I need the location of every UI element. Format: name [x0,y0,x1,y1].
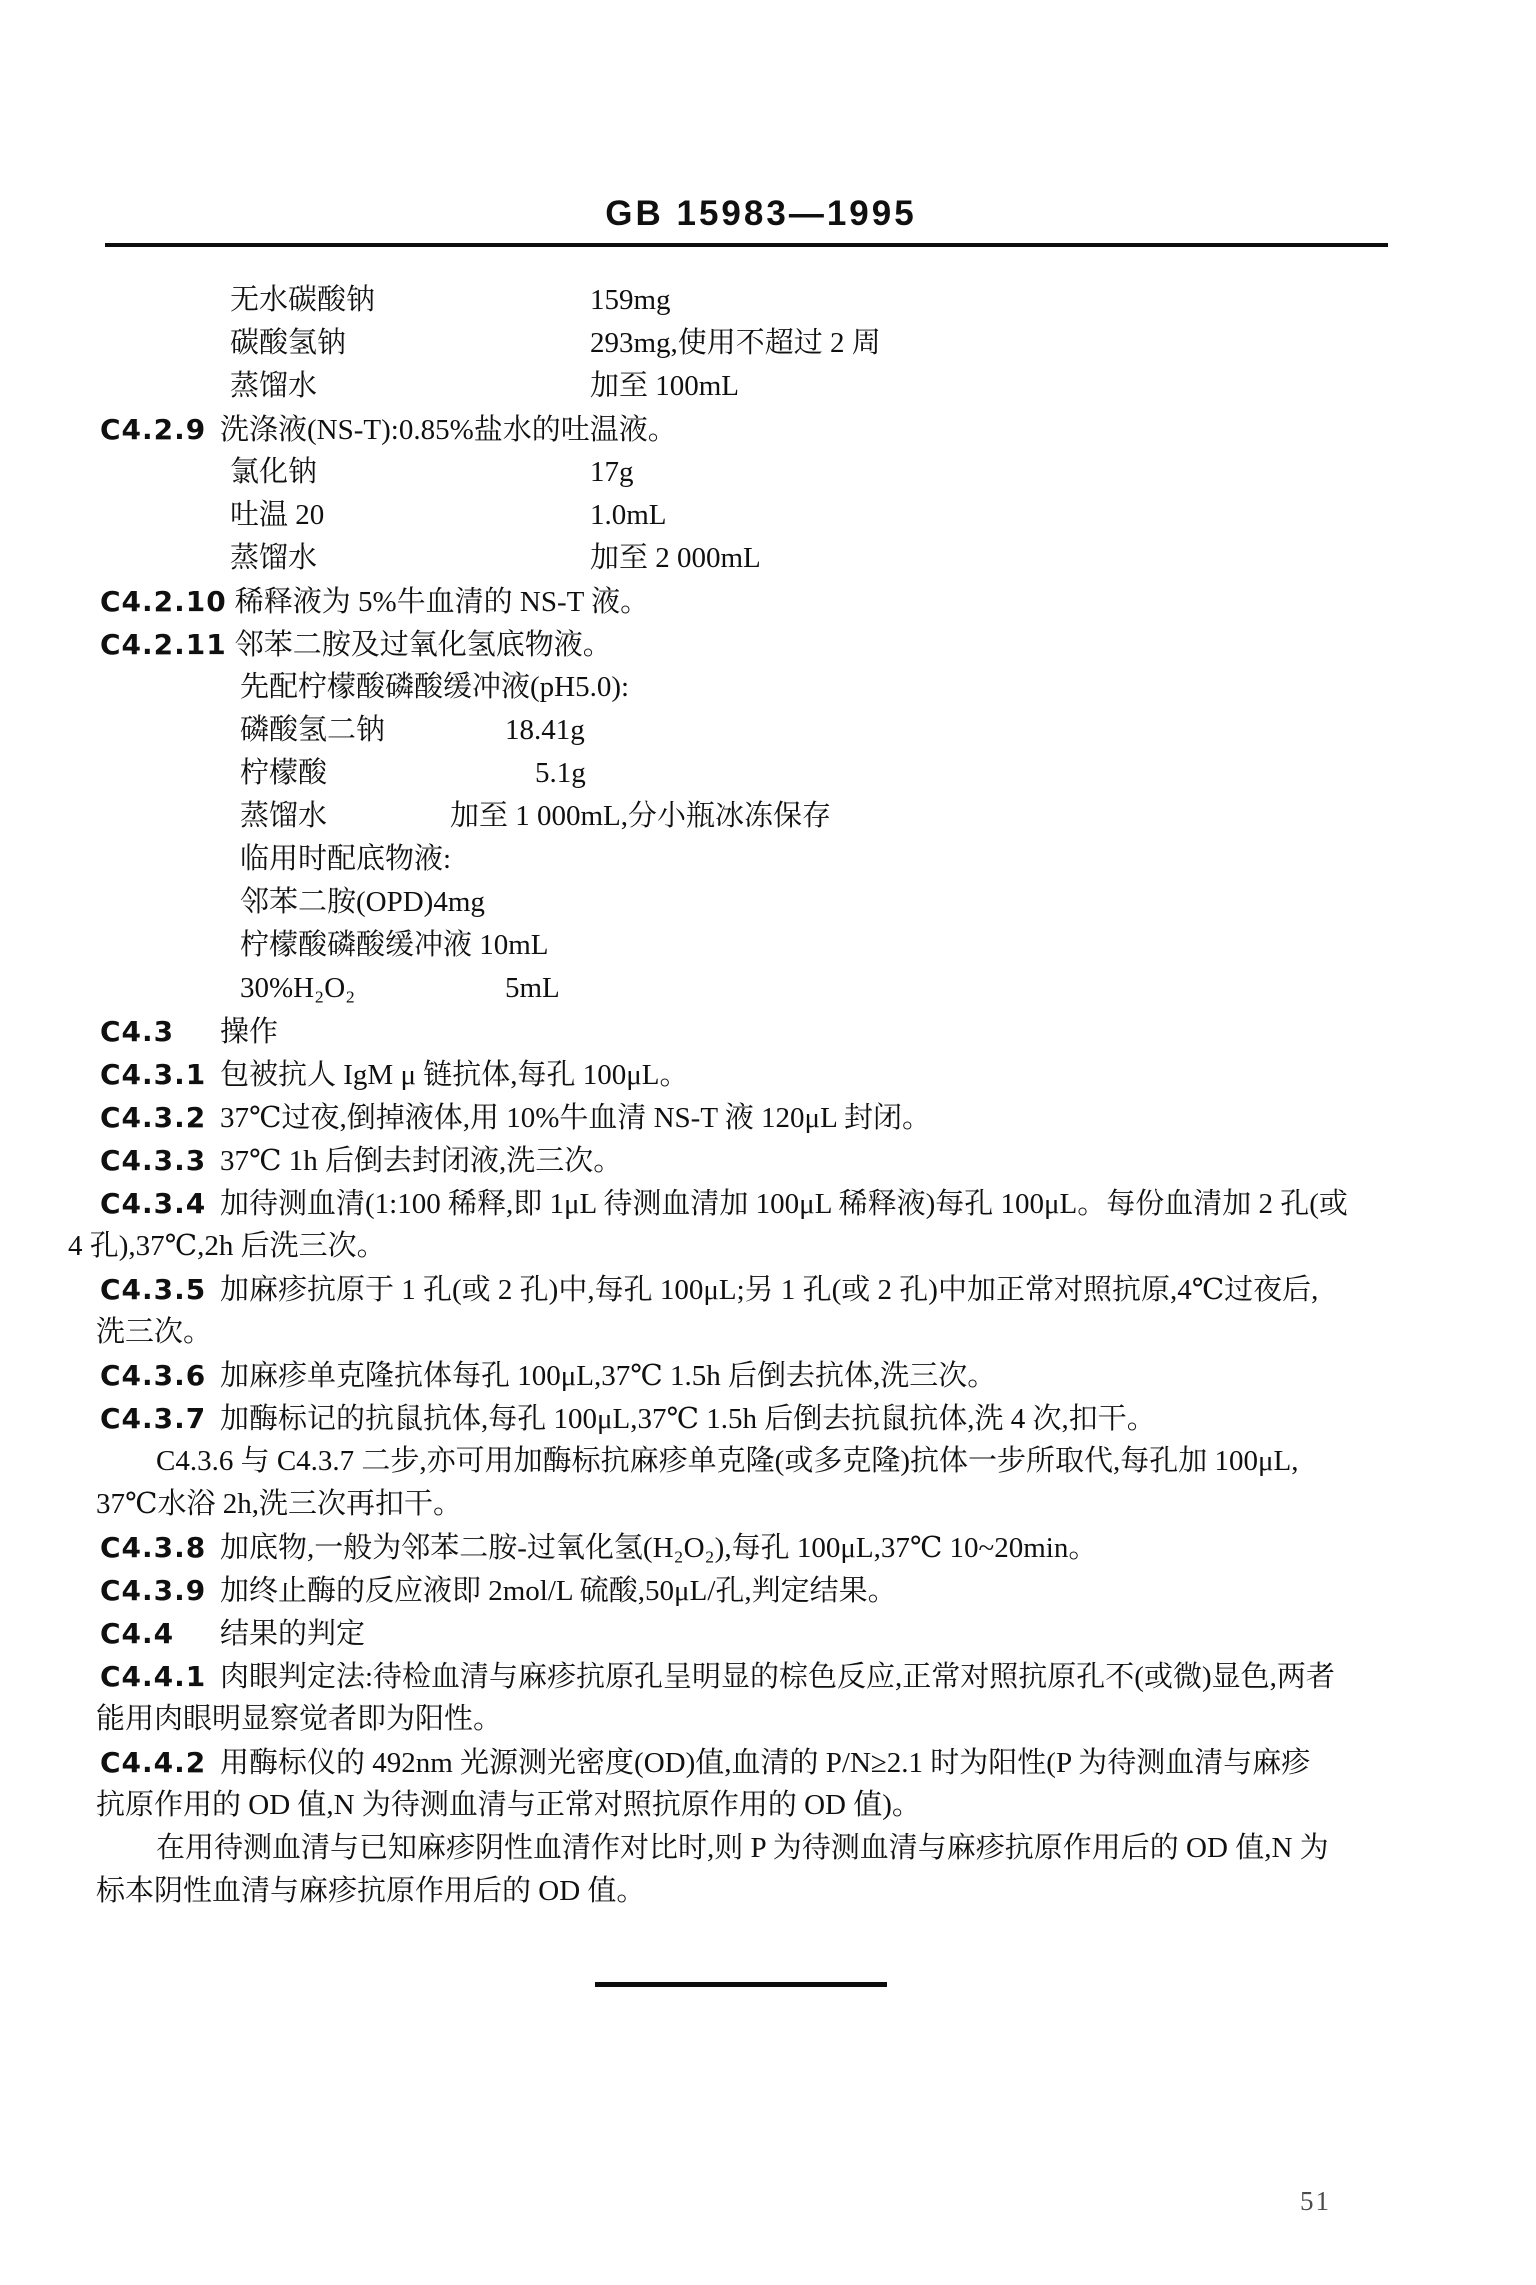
clause-line: C4.3.337℃ 1h 后倒去封闭液,洗三次。 [100,1139,1500,1182]
reagent-row: 蒸馏水加至 1 000mL,分小瓶冰冻保存 [100,795,1500,838]
clause-line: C4.2.11邻苯二胺及过氧化氢底物液。 [100,623,1500,666]
clause-line: C4.3.4加待测血清(1:100 稀释,即 1μL 待测血清加 100μL 稀… [100,1182,1500,1225]
reagent-amount: 159mg [590,284,671,316]
reagent-name: 蒸馏水 [240,795,450,838]
continuation-line: 抗原作用的 OD 值,N 为待测血清与正常对照抗原作用的 OD 值)。 [96,1784,1500,1827]
reagent-amount: 加至 2 000mL [590,542,761,574]
clause-text: 包被抗人 IgM μ 链抗体,每孔 100μL。 [220,1059,689,1091]
clause-text: 用酶标仪的 492nm 光源测光密度(OD)值,血清的 P/N≥2.1 时为阳性… [220,1747,1310,1779]
continuation-line: 洗三次。 [96,1311,1500,1354]
body-line: 邻苯二胺(OPD)4mg [240,881,1500,924]
reagent-name: 无水碳酸钠 [230,279,590,322]
reagent-amount: 1.0mL [590,499,667,531]
clause-line: C4.4.2用酶标仪的 492nm 光源测光密度(OD)值,血清的 P/N≥2.… [100,1741,1500,1784]
reagent-row: 磷酸氢二钠18.41g [100,709,1500,752]
clause-line: C4.2.10稀释液为 5%牛血清的 NS-T 液。 [100,580,1500,623]
clause-line: C4.3.1包被抗人 IgM μ 链抗体,每孔 100μL。 [100,1053,1500,1096]
reagent-name: 氯化钠 [230,451,590,494]
clause-number: C4.3.4 [100,1182,212,1225]
reagent-row: 蒸馏水加至 100mL [100,365,1500,408]
clause-line: C4.3.237℃过夜,倒掉液体,用 10%牛血清 NS-T 液 120μL 封… [100,1096,1500,1139]
header-rule [105,243,1388,247]
document-body: 无水碳酸钠159mg 碳酸氢钠293mg,使用不超过 2 周 蒸馏水加至 100… [100,279,1500,1913]
continuation-line: 37℃水浴 2h,洗三次再扣干。 [96,1483,1500,1526]
clause-number: C4.3.3 [100,1139,212,1182]
clause-text: 肉眼判定法:待检血清与麻疹抗原孔呈明显的棕色反应,正常对照抗原孔不(或微)显色,… [220,1661,1335,1693]
clause-line: C4.3.9加终止酶的反应液即 2mol/L 硫酸,50μL/孔,判定结果。 [100,1569,1500,1612]
reagent-amount: 5.1g [535,757,586,789]
clause-number: C4.3.1 [100,1053,212,1096]
reagent-row: 柠檬酸5.1g [100,752,1500,795]
clause-text: 邻苯二胺及过氧化氢底物液。 [235,629,612,661]
clause-line: C4.3.8加底物,一般为邻苯二胺-过氧化氢(H₂O₂),每孔 100μL,37… [100,1526,1500,1569]
reagent-row: 蒸馏水加至 2 000mL [100,537,1500,580]
reagent-name: 30%H₂O₂ [240,967,505,1010]
document-page: GB 15983—1995 无水碳酸钠159mg 碳酸氢钠293mg,使用不超过… [0,0,1536,2285]
clause-number: C4.3.9 [100,1569,212,1612]
clause-line: C4.3操作 [100,1010,1500,1053]
clause-text: 操作 [220,1016,278,1048]
clause-number: C4.3.5 [100,1268,212,1311]
clause-line: C4.2.9洗涤液(NS-T):0.85%盐水的吐温液。 [100,408,1500,451]
reagent-row: 碳酸氢钠293mg,使用不超过 2 周 [100,322,1500,365]
clause-text: 加酶标记的抗鼠抗体,每孔 100μL,37℃ 1.5h 后倒去抗鼠抗体,洗 4 … [220,1403,1156,1435]
reagent-amount: 加至 1 000mL,分小瓶冰冻保存 [450,800,831,832]
clause-number: C4.3 [100,1010,212,1053]
body-line: 临用时配底物液: [240,838,1500,881]
continuation-line: 4 孔),37℃,2h 后洗三次。 [68,1225,1500,1268]
clause-text: 洗涤液(NS-T):0.85%盐水的吐温液。 [220,414,677,446]
paragraph-line: C4.3.6 与 C4.3.7 二步,亦可用加酶标抗麻疹单克隆(或多克隆)抗体一… [156,1440,1500,1483]
end-of-section-rule [595,1982,887,1987]
reagent-name: 蒸馏水 [230,537,590,580]
clause-number: C4.2.10 [100,580,227,623]
body-line: 先配柠檬酸磷酸缓冲液(pH5.0): [240,666,1500,709]
clause-number: C4.3.7 [100,1397,212,1440]
paragraph-line: 在用待测血清与已知麻疹阴性血清作对比时,则 P 为待测血清与麻疹抗原作用后的 O… [156,1827,1500,1870]
reagent-name: 吐温 20 [230,494,590,537]
standard-code: GB 15983—1995 [0,194,1522,234]
clause-text: 加待测血清(1:100 稀释,即 1μL 待测血清加 100μL 稀释液)每孔 … [220,1188,1348,1220]
clause-number: C4.2.11 [100,623,227,666]
reagent-amount: 5mL [505,972,560,1004]
clause-number: C4.2.9 [100,408,212,451]
reagent-amount: 18.41g [505,714,585,746]
clause-text: 37℃过夜,倒掉液体,用 10%牛血清 NS-T 液 120μL 封闭。 [220,1102,931,1134]
clause-number: C4.3.6 [100,1354,212,1397]
continuation-line: 标本阴性血清与麻疹抗原作用后的 OD 值。 [96,1870,1500,1913]
reagent-row: 30%H₂O₂5mL [100,967,1500,1010]
clause-line: C4.3.5加麻疹抗原于 1 孔(或 2 孔)中,每孔 100μL;另 1 孔(… [100,1268,1500,1311]
clause-line: C4.4.1肉眼判定法:待检血清与麻疹抗原孔呈明显的棕色反应,正常对照抗原孔不(… [100,1655,1500,1698]
clause-line: C4.3.6加麻疹单克隆抗体每孔 100μL,37℃ 1.5h 后倒去抗体,洗三… [100,1354,1500,1397]
clause-text: 加麻疹单克隆抗体每孔 100μL,37℃ 1.5h 后倒去抗体,洗三次。 [220,1360,996,1392]
body-line: 柠檬酸磷酸缓冲液 10mL [240,924,1500,967]
clause-text: 加麻疹抗原于 1 孔(或 2 孔)中,每孔 100μL;另 1 孔(或 2 孔)… [220,1274,1318,1306]
page-number: 51 [1300,2186,1331,2217]
reagent-row: 吐温 201.0mL [100,494,1500,537]
clause-number: C4.4.2 [100,1741,212,1784]
clause-number: C4.3.2 [100,1096,212,1139]
reagent-amount: 加至 100mL [590,370,739,402]
continuation-line: 能用肉眼明显察觉者即为阳性。 [96,1698,1500,1741]
clause-text: 稀释液为 5%牛血清的 NS-T 液。 [235,586,649,618]
clause-text: 结果的判定 [220,1618,365,1650]
clause-line: C4.3.7加酶标记的抗鼠抗体,每孔 100μL,37℃ 1.5h 后倒去抗鼠抗… [100,1397,1500,1440]
clause-number: C4.3.8 [100,1526,212,1569]
clause-number: C4.4.1 [100,1655,212,1698]
reagent-name: 碳酸氢钠 [230,322,590,365]
clause-number: C4.4 [100,1612,212,1655]
reagent-row: 无水碳酸钠159mg [100,279,1500,322]
reagent-name: 柠檬酸 [240,752,535,795]
reagent-row: 氯化钠17g [100,451,1500,494]
reagent-name: 蒸馏水 [230,365,590,408]
reagent-name: 磷酸氢二钠 [240,709,505,752]
clause-text: 加底物,一般为邻苯二胺-过氧化氢(H₂O₂),每孔 100μL,37℃ 10~2… [220,1532,1097,1564]
clause-text: 加终止酶的反应液即 2mol/L 硫酸,50μL/孔,判定结果。 [220,1575,897,1607]
reagent-amount: 293mg,使用不超过 2 周 [590,327,881,359]
clause-line: C4.4结果的判定 [100,1612,1500,1655]
clause-text: 37℃ 1h 后倒去封闭液,洗三次。 [220,1145,622,1177]
reagent-amount: 17g [590,456,634,488]
